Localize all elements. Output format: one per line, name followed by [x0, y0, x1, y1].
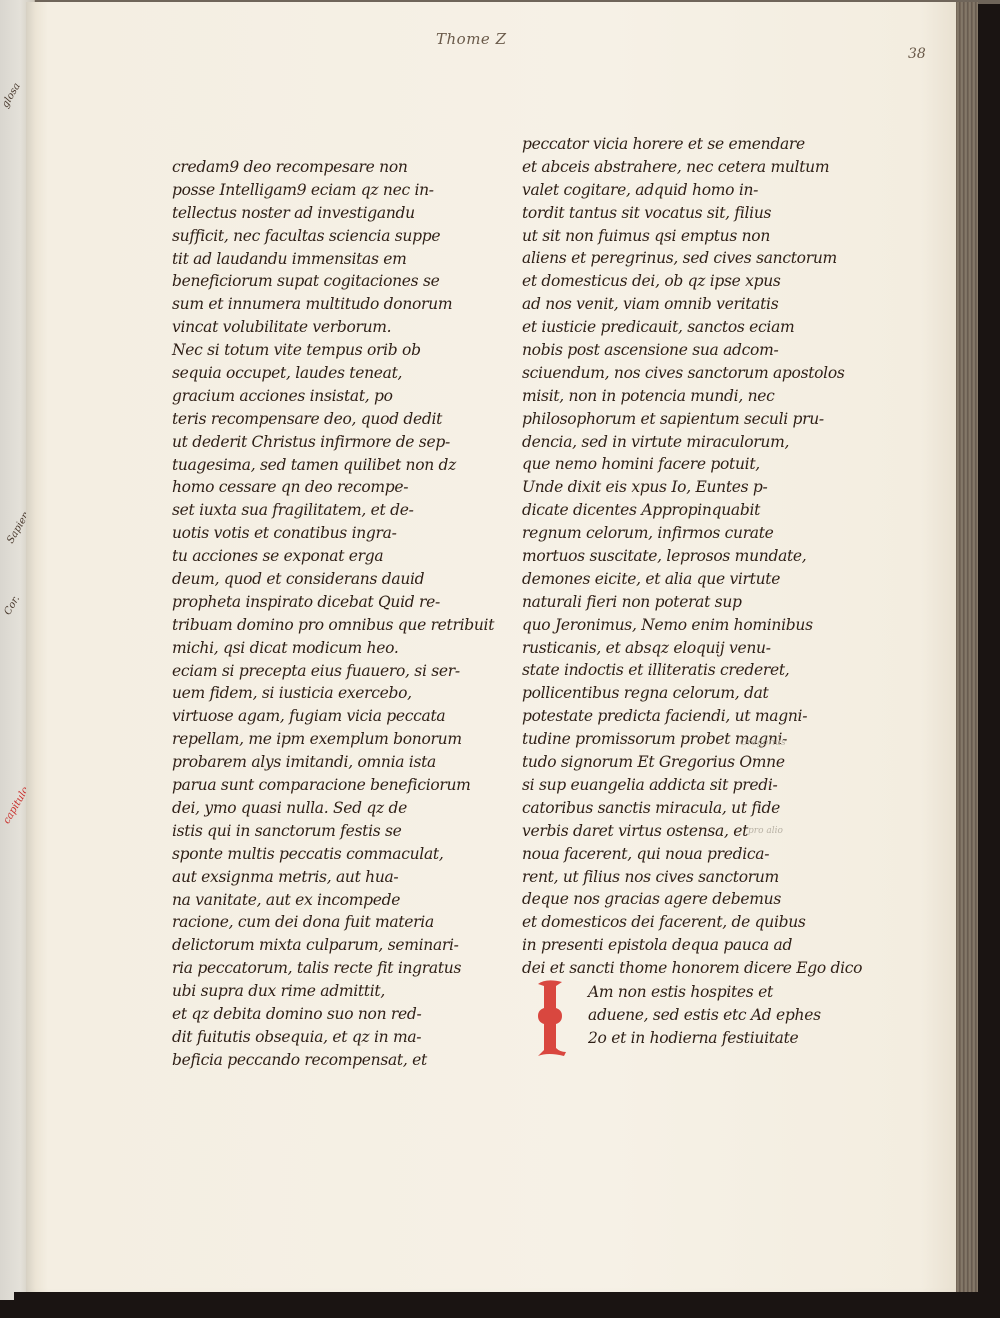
text-line: virtuose agam, fugiam vicia peccata — [172, 705, 472, 728]
text-line: et domesticos dei facerent, de quibus — [522, 911, 842, 934]
text-line: in presenti epistola dequa pauca ad — [522, 934, 842, 957]
text-line: vincat volubilitate verborum. — [172, 316, 472, 339]
text-line: state indoctis et illiteratis crederet, — [522, 659, 842, 682]
text-line: deque nos gracias agere debemus — [522, 888, 842, 911]
text-line: aut exsignma metris, aut hua- — [172, 866, 472, 889]
text-line: racione, cum dei dona fuit materia — [172, 911, 472, 934]
text-line: pollicentibus regna celorum, dat — [522, 682, 842, 705]
text-line: dei, ymo quasi nulla. Sed qz de — [172, 797, 472, 820]
text-line: ria peccatorum, talis recte fit ingratus — [172, 957, 472, 980]
text-line: parua sunt comparacione beneficiorum — [172, 774, 472, 797]
text-line: philosophorum et sapientum seculi pru- — [522, 408, 842, 431]
text-line: Nec si totum vite tempus orib ob — [172, 339, 472, 362]
margin-fragment: Cor. — [2, 594, 22, 617]
text-line: beneficiorum supat cogitaciones se — [172, 270, 472, 293]
text-line: catoribus sanctis miracula, ut fide — [522, 797, 842, 820]
left-text-column: credam9 deo recompesare nonposse Intelli… — [172, 156, 472, 1072]
text-line: si sup euangelia addicta sit predi- — [522, 774, 842, 797]
text-line: propheta inspirato dicebat Quid re- — [172, 591, 472, 614]
right-text-column: peccator vicia horere et se emendareet a… — [522, 133, 842, 980]
text-line: sequia occupet, laudes teneat, — [172, 362, 472, 385]
text-line: Am non estis hospites et — [588, 981, 821, 1004]
text-line: tudo signorum Et Gregorius Omne — [522, 751, 842, 774]
text-line: dei et sancti thome honorem dicere Ego d… — [522, 957, 842, 980]
text-line: nobis post ascensione sua adcom- — [522, 339, 842, 362]
text-line: uotis votis et conatibus ingra- — [172, 522, 472, 545]
text-line: et domesticus dei, ob qz ipse xpus — [522, 270, 842, 293]
text-line: que nemo homini facere potuit, — [522, 453, 842, 476]
initial-I-icon — [536, 978, 566, 1056]
running-head: Thome Z — [436, 30, 507, 48]
text-line: repellam, me ipm exemplum bonorum — [172, 728, 472, 751]
text-line: et iusticie predicauit, sanctos eciam — [522, 316, 842, 339]
text-line: tellectus noster ad investigandu — [172, 202, 472, 225]
text-line: gracium acciones insistat, po — [172, 385, 472, 408]
text-line: michi, qsi dicat modicum heo. — [172, 637, 472, 660]
text-line: dit fuitutis obsequia, et qz in ma- — [172, 1026, 472, 1049]
text-line: eciam si precepta eius fuauero, si ser- — [172, 660, 472, 683]
text-line: tribuam domino pro omnibus que retribuit — [172, 614, 472, 637]
text-line: naturali fieri non poterat sup — [522, 591, 842, 614]
text-line: ut dederit Christus infirmore de sep- — [172, 431, 472, 454]
text-line: ad nos venit, viam omnib veritatis — [522, 293, 842, 316]
text-line: potestate predicta faciendi, ut magni- — [522, 705, 842, 728]
text-line: mortuos suscitate, leprosos mundate, — [522, 545, 842, 568]
text-line: sponte multis peccatis commaculat, — [172, 843, 472, 866]
text-line: sufficit, nec facultas sciencia suppe — [172, 225, 472, 248]
faint-margin-note: pro alio — [748, 826, 783, 836]
text-line: tudine promissorum probet magni- — [522, 728, 842, 751]
text-line: aduene, sed estis etc Ad ephes — [588, 1004, 821, 1027]
text-line: delictorum mixta culparum, seminari- — [172, 934, 472, 957]
text-line: rent, ut filius nos cives sanctorum — [522, 866, 842, 889]
text-line: aliens et peregrinus, sed cives sanctoru… — [522, 247, 842, 270]
text-line: tordit tantus sit vocatus sit, filius — [522, 202, 842, 225]
text-line: noua facerent, qui noua predica- — [522, 843, 842, 866]
text-line: beficia peccando recompensat, et — [172, 1049, 472, 1072]
text-line: demones eicite, et alia que virtute — [522, 568, 842, 591]
text-line: valet cogitare, adquid homo in- — [522, 179, 842, 202]
text-line: tu acciones se exponat erga — [172, 545, 472, 568]
text-line: deum, quod et considerans dauid — [172, 568, 472, 591]
text-line: quo Jeronimus, Nemo enim hominibus — [522, 614, 842, 637]
text-line: uem fidem, si iusticia exercebo, — [172, 682, 472, 705]
text-line: Unde dixit eis xpus Io, Euntes p- — [522, 476, 842, 499]
text-line: regnum celorum, infirmos curate — [522, 522, 842, 545]
text-line: credam9 deo recompesare non — [172, 156, 472, 179]
text-line: dicate dicentes Appropinquabit — [522, 499, 842, 522]
text-line: tuagesima, sed tamen quilibet non dz — [172, 454, 472, 477]
page-edges-stack — [956, 2, 978, 1302]
text-line: sciuendum, nos cives sanctorum apostolos — [522, 362, 842, 385]
text-line: na vanitate, aut ex incompede — [172, 889, 472, 912]
text-line: probarem alys imitandi, omnia ista — [172, 751, 472, 774]
book-bottom-shadow — [14, 1292, 1000, 1318]
margin-fragment: glosa — [0, 81, 23, 110]
faint-margin-note: Gregorius — [740, 738, 786, 748]
text-line: et abceis abstrahere, nec cetera multum — [522, 156, 842, 179]
text-line: istis qui in sanctorum festis se — [172, 820, 472, 843]
text-line: dencia, sed in virtute miraculorum, — [522, 431, 842, 454]
text-line: sum et innumera multitudo donorum — [172, 293, 472, 316]
text-line: homo cessare qn deo recompe- — [172, 476, 472, 499]
text-line: verbis daret virtus ostensa, et — [522, 820, 842, 843]
text-line: rusticanis, et absqz eloquij venu- — [522, 637, 842, 660]
text-line: tit ad laudandu immensitas em — [172, 248, 472, 271]
folio-number: 38 — [908, 46, 926, 62]
initial-paragraph: Am non estis hospites etaduene, sed esti… — [588, 981, 821, 1050]
text-line: 2o et in hodierna festiuitate — [588, 1027, 821, 1050]
text-line: posse Intelligam9 eciam qz nec in- — [172, 179, 472, 202]
text-line: ut sit non fuimus qsi emptus non — [522, 225, 842, 248]
text-line: peccator vicia horere et se emendare — [522, 133, 842, 156]
text-line: et qz debita domino suo non red- — [172, 1003, 472, 1026]
text-line: set iuxta sua fragilitatem, et de- — [172, 499, 472, 522]
text-line: misit, non in potencia mundi, nec — [522, 385, 842, 408]
text-line: teris recompensare deo, quod dedit — [172, 408, 472, 431]
text-line: ubi supra dux rime admittit, — [172, 980, 472, 1003]
red-initial-letter — [536, 978, 566, 1056]
